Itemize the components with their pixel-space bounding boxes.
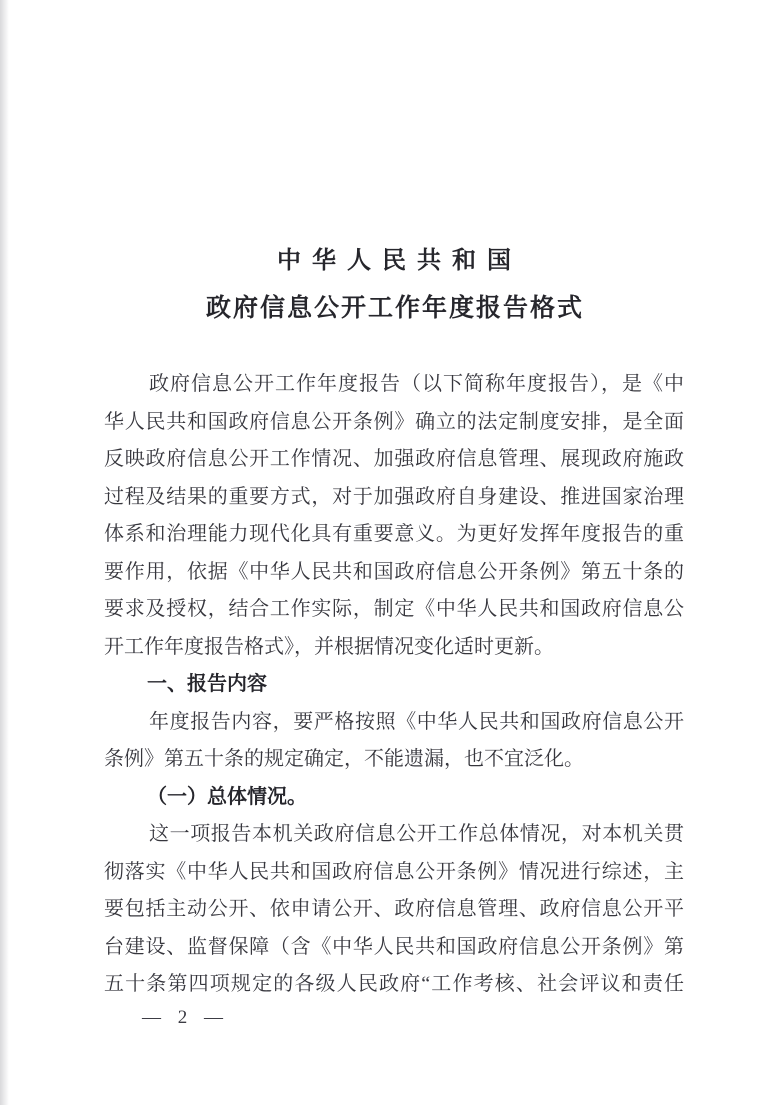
body-line: 五十条第四项规定的各级人民政府“工作考核、社会评议和责任: [104, 966, 684, 1004]
body-line: 开工作年度报告格式》，并根据情况变化适时更新。: [104, 629, 684, 667]
body-line: 台建设、监督保障（含《中华人民共和国政府信息公开条例》第: [104, 929, 684, 967]
body-line: 年度报告内容，要严格按照《中华人民共和国政府信息公开: [104, 704, 684, 742]
body-line: 要求及授权，结合工作实际，制定《中华人民共和国政府信息公: [104, 591, 684, 629]
document-content: 中华人民共和国 政府信息公开工作年度报告格式 政府信息公开工作年度报告（以下简称…: [104, 0, 684, 1029]
section-heading-report-content: 一、报告内容: [104, 666, 684, 704]
body-line: 要作用，依据《中华人民共和国政府信息公开条例》第五十条的: [104, 554, 684, 592]
document-title-line1: 中华人民共和国: [104, 247, 684, 276]
scan-edge-shadow: [0, 0, 9, 1105]
body-line: 彻落实《中华人民共和国政府信息公开条例》情况进行综述，主: [104, 854, 684, 892]
body-line: 条例》第五十条的规定确定，不能遗漏，也不宜泛化。: [104, 741, 684, 779]
section-heading-overall-situation: （一）总体情况。: [104, 779, 684, 817]
scanned-document-page: 中华人民共和国 政府信息公开工作年度报告格式 政府信息公开工作年度报告（以下简称…: [0, 0, 782, 1105]
body-line: 华人民共和国政府信息公开条例》确立的法定制度安排，是全面: [104, 404, 684, 442]
body-line: 这一项报告本机关政府信息公开工作总体情况，对本机关贯: [104, 816, 684, 854]
body-line: 要包括主动公开、依申请公开、政府信息管理、政府信息公开平: [104, 891, 684, 929]
body-line: 体系和治理能力现代化具有重要意义。为更好发挥年度报告的重: [104, 516, 684, 554]
document-title-line2: 政府信息公开工作年度报告格式: [104, 293, 684, 324]
body-line: 政府信息公开工作年度报告（以下简称年度报告），是《中: [104, 366, 684, 404]
page-number: — 2 —: [104, 1007, 684, 1029]
document-body: 政府信息公开工作年度报告（以下简称年度报告），是《中 华人民共和国政府信息公开条…: [104, 366, 684, 1004]
body-line: 过程及结果的重要方式，对于加强政府自身建设、推进国家治理: [104, 479, 684, 517]
body-line: 反映政府信息公开工作情况、加强政府信息管理、展现政府施政: [104, 441, 684, 479]
